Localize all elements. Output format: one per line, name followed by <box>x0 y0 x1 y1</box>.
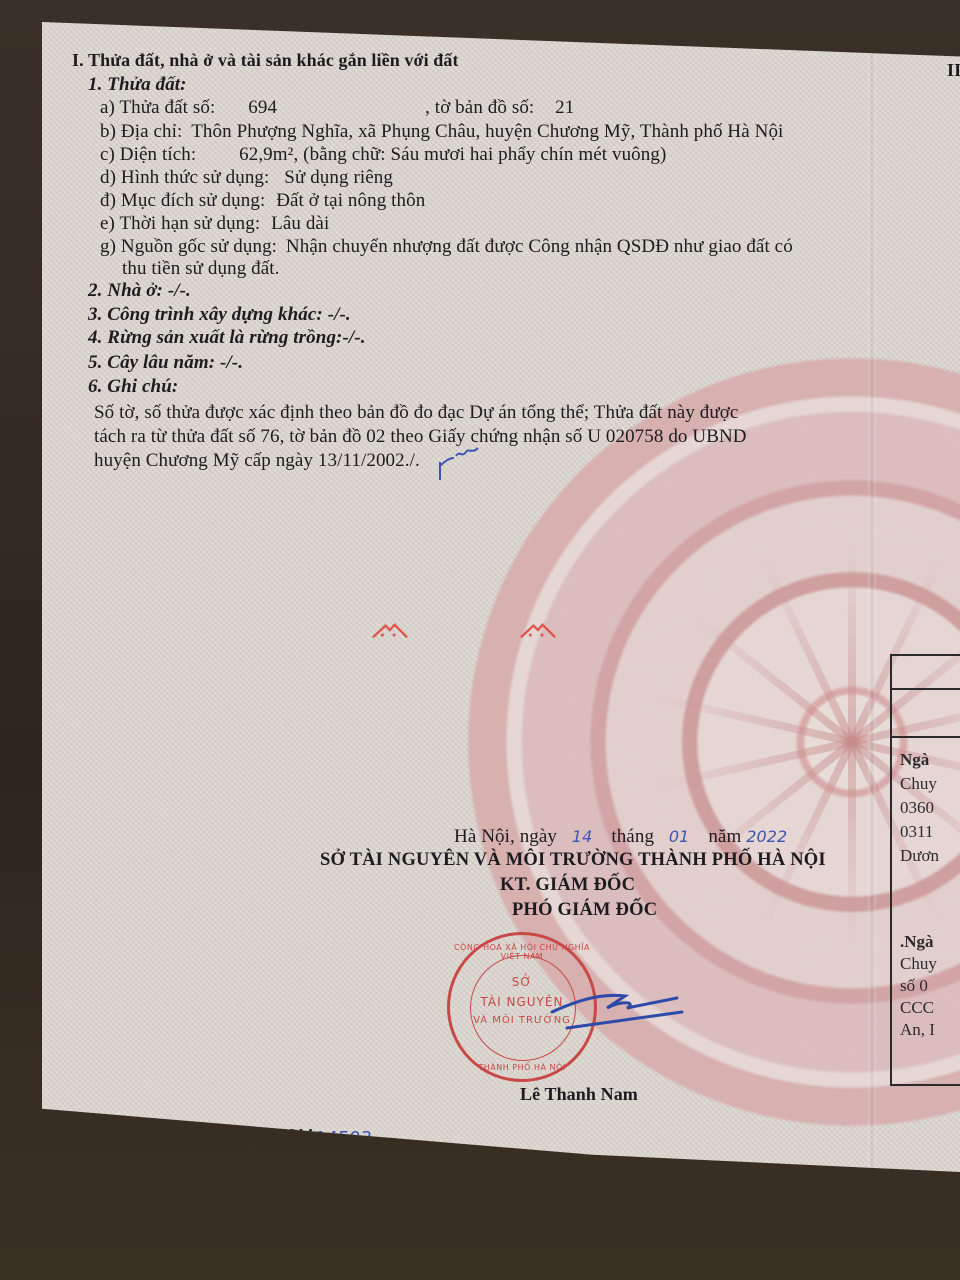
section-title: I. Thửa đất, nhà ở và tài sản khác gắn l… <box>72 50 459 71</box>
parcel-row: a) Thửa đất số: 694 , tờ bản đồ số: 21 <box>100 97 574 119</box>
notes-line-3: huyện Chương Mỹ cấp ngày 13/11/2002./. <box>94 450 420 472</box>
place-date: Hà Nội, ngày 14 tháng 01 năm 2022 <box>454 826 787 848</box>
handwritten-signature-icon <box>547 982 687 1032</box>
land-heading: 1. Thửa đất: <box>88 74 187 96</box>
notes-heading: 6. Ghi chú: <box>88 376 178 398</box>
house-item: 2. Nhà ở: -/-. <box>88 280 191 302</box>
origin-row: g) Nguồn gốc sử dụng: Nhận chuyển nhượng… <box>100 236 793 258</box>
issuing-agency: SỞ TÀI NGUYÊN VÀ MÔI TRƯỜNG THÀNH PHỐ HÀ… <box>320 850 826 871</box>
parcel-number: 694 <box>220 97 358 119</box>
initials-mark-icon <box>434 444 484 484</box>
position-title: PHÓ GIÁM ĐỐC <box>512 900 657 921</box>
on-behalf-title: KT. GIÁM ĐỐC <box>500 875 635 896</box>
certificate-page: I. Thửa đất, nhà ở và tài sản khác gắn l… <box>42 22 960 1172</box>
issue-month: 01 <box>659 827 704 846</box>
term-row: e) Thời hạn sử dụng: Lâu dài <box>100 213 329 235</box>
right-page-heading: II <box>947 60 960 81</box>
house-roof-icon <box>520 620 556 642</box>
perennial-tree-item: 5. Cây lâu năm: -/-. <box>88 352 243 374</box>
signer-name: Lê Thanh Nam <box>520 1084 638 1105</box>
usage-form-row: d) Hình thức sử dụng: Sử dụng riêng <box>100 167 393 189</box>
area-row: c) Diện tích: 62,9m², (bằng chữ: Sáu mươ… <box>100 144 666 166</box>
origin-row-cont: thu tiền sử dụng đất. <box>122 258 280 280</box>
forest-item: 4. Rừng sản xuất là rừng trồng:-/-. <box>88 327 366 349</box>
area-value: 62,9m², (bằng chữ: Sáu mươi hai phẩy chí… <box>201 144 666 165</box>
issue-day: 14 <box>562 827 607 846</box>
other-construction-item: 3. Công trình xây dựng khác: -/-. <box>88 304 351 326</box>
notes-line-2: tách ra từ thửa đất số 76, tờ bản đồ 02 … <box>94 426 747 448</box>
purpose-row: đ) Mục đích sử dụng: Đất ở tại nông thôn <box>100 190 425 212</box>
registry-number: 14503 <box>314 1128 372 1149</box>
notes-line-1: Số tờ, số thửa được xác định theo bản đồ… <box>94 402 738 424</box>
address-value: Thôn Phượng Nghĩa, xã Phụng Châu, huyện … <box>187 121 783 142</box>
house-roof-icon <box>372 620 408 642</box>
issue-year: 2022 <box>746 827 787 846</box>
registry-label: Số vào sổ cấp GCN:CS-CM <box>88 1126 313 1147</box>
map-sheet-number: 21 <box>539 97 574 118</box>
address-row: b) Địa chỉ: Thôn Phượng Nghĩa, xã Phụng … <box>100 121 783 143</box>
